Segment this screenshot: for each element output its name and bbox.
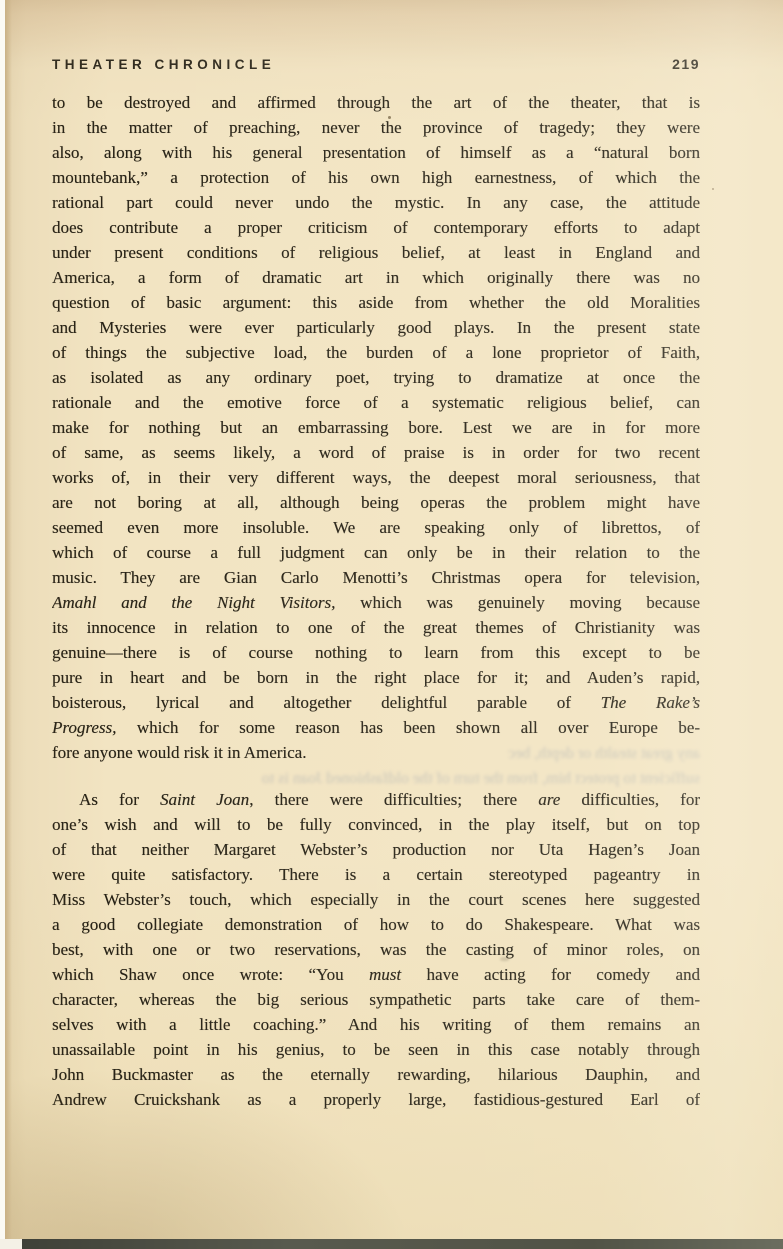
text-line: were quite satisfactory. There is a cert…: [52, 862, 700, 887]
text-line: rationale and the emotive force of a sys…: [52, 390, 700, 415]
paragraph: As for Saint Joan, there were difficulti…: [52, 787, 700, 1112]
text-segment: which was genuinely moving because: [335, 593, 700, 612]
text-segment: and Mysteries were ever particularly goo…: [52, 318, 700, 337]
text-line: and Mysteries were ever particularly goo…: [52, 315, 700, 340]
text-segment: of that neither Margaret Webster’s produ…: [52, 840, 700, 859]
scan-edge-bottom: [22, 1239, 783, 1249]
text-line: of things the subjective load, the burde…: [52, 340, 700, 365]
text-line: in the matter of preaching, never the pr…: [52, 115, 700, 140]
text-segment: in the matter of preaching, never the pr…: [52, 118, 700, 137]
page-edge-shadow: [5, 0, 12, 1249]
italic-text-segment: The Rake’s: [601, 693, 700, 712]
text-line: America, a form of dramatic art in which…: [52, 265, 700, 290]
text-line: also, along with his general presentatio…: [52, 140, 700, 165]
text-line: fore anyone would risk it in America.: [52, 740, 700, 765]
text-line: genuine—there is of course nothing to le…: [52, 640, 700, 665]
text-line: under present conditions of religious be…: [52, 240, 700, 265]
text-segment: genuine—there is of course nothing to le…: [52, 643, 700, 662]
text-segment: , there were difficulties; there: [249, 790, 538, 809]
text-segment: which Shaw once wrote: “You: [52, 965, 369, 984]
text-line: does contribute a proper criticism of co…: [52, 215, 700, 240]
text-segment: which for some reason has been shown all…: [116, 718, 700, 737]
text-line: Amahl and the Night Visitors, which was …: [52, 590, 700, 615]
text-line: John Buckmaster as the eternally rewardi…: [52, 1062, 700, 1087]
text-segment: music. They are Gian Carlo Menotti’s Chr…: [52, 568, 700, 587]
text-segment: fore anyone would risk it in America.: [52, 743, 306, 762]
text-segment: were quite satisfactory. There is a cert…: [52, 865, 700, 884]
text-segment: works of, in their very different ways, …: [52, 468, 700, 487]
text-segment: As for: [79, 790, 160, 809]
book-page: any great stealth or depth, bec sufficie…: [0, 0, 783, 1249]
text-segment: which of course a full judgment can only…: [52, 543, 700, 562]
text-line: unassailable point in his genius, to be …: [52, 1037, 700, 1062]
text-segment: of same, as seems likely, a word of prai…: [52, 443, 700, 462]
text-line: character, whereas the big serious sympa…: [52, 987, 700, 1012]
text-line: works of, in their very different ways, …: [52, 465, 700, 490]
text-segment: Miss Webster’s touch, which especially i…: [52, 890, 700, 909]
text-segment: Andrew Cruickshank as a properly large, …: [52, 1090, 700, 1109]
text-segment: question of basic argument: this aside f…: [52, 293, 700, 312]
text-segment: under present conditions of religious be…: [52, 243, 700, 262]
text-segment: America, a form of dramatic art in which…: [52, 268, 700, 287]
text-segment: one’s wish and will to be fully convince…: [52, 815, 700, 834]
page-header: THEATER CHRONICLE 219: [52, 56, 700, 72]
text-line: Andrew Cruickshank as a properly large, …: [52, 1087, 700, 1112]
paper-speck: [712, 188, 714, 190]
paragraph: to be destroyed and affirmed through the…: [52, 90, 700, 765]
text-segment: unassailable point in his genius, to be …: [52, 1040, 700, 1059]
text-segment: make for nothing but an embarrassing bor…: [52, 418, 700, 437]
text-line: rational part could never undo the mysti…: [52, 190, 700, 215]
text-line: which of course a full judgment can only…: [52, 540, 700, 565]
text-line: boisterous, lyrical and altogether delig…: [52, 690, 700, 715]
text-line: are not boring at all, although being op…: [52, 490, 700, 515]
text-segment: have acting for comedy and: [401, 965, 700, 984]
text-line: make for nothing but an embarrassing bor…: [52, 415, 700, 440]
text-line: to be destroyed and affirmed through the…: [52, 90, 700, 115]
italic-text-segment: must: [369, 965, 401, 984]
text-line: music. They are Gian Carlo Menotti’s Chr…: [52, 565, 700, 590]
text-segment: seemed even more insoluble. We are speak…: [52, 518, 700, 537]
text-line: as isolated as any ordinary poet, trying…: [52, 365, 700, 390]
text-line: which Shaw once wrote: “You must have ac…: [52, 962, 700, 987]
page-number: 219: [672, 56, 700, 72]
text-line: question of basic argument: this aside f…: [52, 290, 700, 315]
text-segment: selves with a little coaching.” And his …: [52, 1015, 700, 1034]
text-segment: boisterous, lyrical and altogether delig…: [52, 693, 601, 712]
scan-edge-bottom-corner: [0, 1239, 22, 1249]
text-segment: best, with one or two reservations, was …: [52, 940, 700, 959]
text-segment: its innocence in relation to one of the …: [52, 618, 700, 637]
text-segment: John Buckmaster as the eternally rewardi…: [52, 1065, 700, 1084]
text-segment: rational part could never undo the mysti…: [52, 193, 700, 212]
text-segment: are not boring at all, although being op…: [52, 493, 700, 512]
text-segment: to be destroyed and affirmed through the…: [52, 93, 700, 112]
text-line: of that neither Margaret Webster’s produ…: [52, 837, 700, 862]
text-line: Miss Webster’s touch, which especially i…: [52, 887, 700, 912]
text-segment: pure in heart and be born in the right p…: [52, 668, 700, 687]
text-line: Progress, which for some reason has been…: [52, 715, 700, 740]
text-segment: rationale and the emotive force of a sys…: [52, 393, 700, 412]
text-segment: of things the subjective load, the burde…: [52, 343, 700, 362]
text-line: seemed even more insoluble. We are speak…: [52, 515, 700, 540]
text-segment: a good collegiate demonstration of how t…: [52, 915, 700, 934]
text-line: selves with a little coaching.” And his …: [52, 1012, 700, 1037]
italic-text-segment: are: [538, 790, 560, 809]
text-segment: character, whereas the big serious sympa…: [52, 990, 700, 1009]
text-line: a good collegiate demonstration of how t…: [52, 912, 700, 937]
text-block: to be destroyed and affirmed through the…: [52, 90, 700, 1112]
text-line: As for Saint Joan, there were difficulti…: [52, 787, 700, 812]
text-line: mountebank,” a protection of his own hig…: [52, 165, 700, 190]
italic-text-segment: Saint Joan: [160, 790, 249, 809]
italic-text-segment: Progress,: [52, 718, 116, 737]
text-line: one’s wish and will to be fully convince…: [52, 812, 700, 837]
italic-text-segment: Amahl and the Night Visitors,: [52, 593, 335, 612]
text-line: of same, as seems likely, a word of prai…: [52, 440, 700, 465]
text-line: best, with one or two reservations, was …: [52, 937, 700, 962]
text-line: its innocence in relation to one of the …: [52, 615, 700, 640]
running-head: THEATER CHRONICLE: [52, 57, 275, 72]
text-line: pure in heart and be born in the right p…: [52, 665, 700, 690]
text-segment: difficulties, for: [560, 790, 700, 809]
text-segment: as isolated as any ordinary poet, trying…: [52, 368, 700, 387]
text-segment: also, along with his general presentatio…: [52, 143, 700, 162]
text-segment: does contribute a proper criticism of co…: [52, 218, 700, 237]
text-segment: mountebank,” a protection of his own hig…: [52, 168, 700, 187]
